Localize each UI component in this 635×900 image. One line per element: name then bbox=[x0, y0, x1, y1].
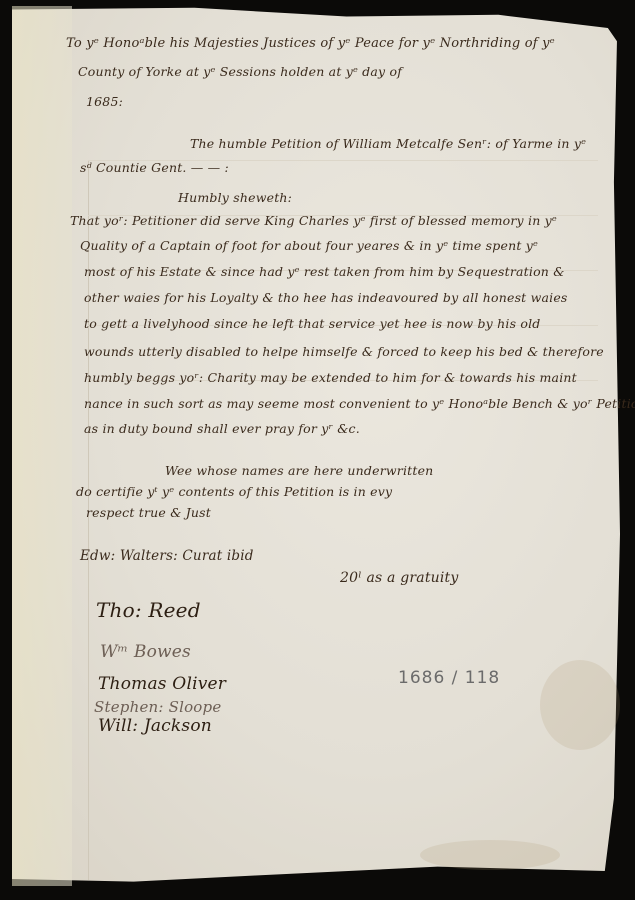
body-line: to gett a livelyhood since he left that … bbox=[84, 316, 540, 331]
archive-reference: 1686 / 118 bbox=[398, 668, 500, 688]
address-line-1: To yᵉ Honoᵃble his Majesties Justices of… bbox=[66, 36, 555, 51]
body-line: humbly beggs yoʳ: Charity may be extende… bbox=[84, 370, 577, 385]
salutation: Humbly sheweth: bbox=[178, 190, 292, 205]
signature: Wᵐ Bowes bbox=[100, 642, 191, 662]
paper-edge-strip bbox=[12, 6, 72, 886]
certification-line: Wee whose names are here underwritten bbox=[165, 463, 433, 478]
petition-title-line-2: sᵈ Countie Gent. — — : bbox=[80, 160, 229, 175]
body-line: other waies for his Loyalty & tho hee ha… bbox=[84, 290, 568, 305]
curate-signature: Edw: Walters: Curat ibid bbox=[80, 548, 254, 564]
paper-stain bbox=[420, 840, 560, 870]
address-date: 1685: bbox=[86, 94, 123, 109]
body-line: wounds utterly disabled to helpe himself… bbox=[84, 344, 604, 359]
body-line: most of his Estate & since had yᵉ rest t… bbox=[84, 264, 565, 279]
address-line-2: County of Yorke at yᵉ Sessions holden at… bbox=[78, 64, 402, 79]
body-line: nance in such sort as may seeme most con… bbox=[84, 396, 635, 411]
signature: Thomas Oliver bbox=[98, 674, 226, 694]
award-note: 20ˡ as a gratuity bbox=[340, 570, 459, 586]
paper-stain bbox=[540, 660, 620, 750]
signature: Stephen: Sloope bbox=[94, 698, 221, 716]
body-line: as in duty bound shall ever pray for yʳ … bbox=[84, 421, 360, 436]
body-line: Quality of a Captain of foot for about f… bbox=[80, 238, 538, 253]
signature: Will: Jackson bbox=[98, 716, 212, 736]
petition-title-line-1: The humble Petition of William Metcalfe … bbox=[190, 136, 586, 151]
certification-line: do certifie yᵗ yᵉ contents of this Petit… bbox=[76, 484, 392, 499]
certification-line: respect true & Just bbox=[86, 505, 211, 520]
signature: Tho: Reed bbox=[96, 598, 201, 622]
body-line: That yoʳ: Petitioner did serve King Char… bbox=[70, 213, 557, 228]
